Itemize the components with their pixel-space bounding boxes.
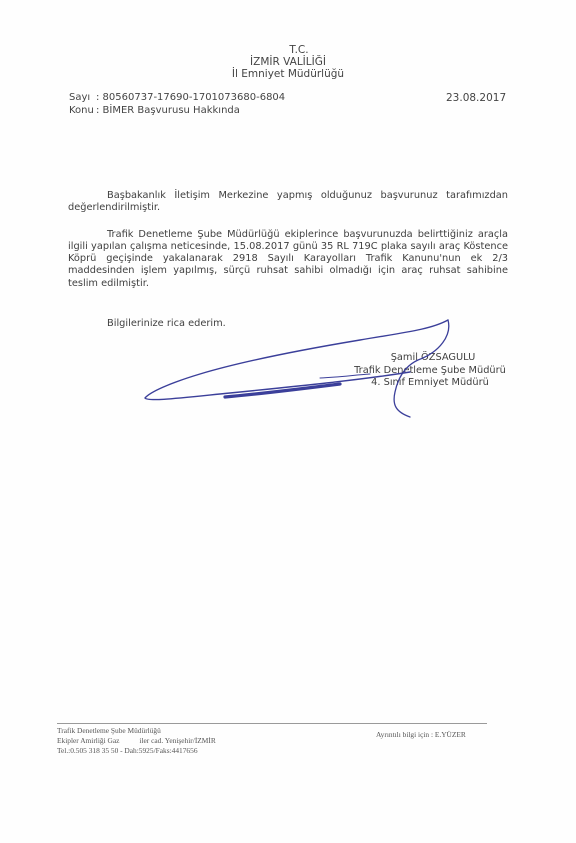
footer-divider — [57, 723, 487, 724]
letterhead-governorship: İZMİR VALİLİĞİ — [0, 56, 576, 68]
footer-unit: Trafik Denetleme Şube Müdürlüğü — [57, 726, 216, 736]
subject-label: Konu — [69, 104, 96, 117]
letterhead-country: T.C. — [0, 44, 576, 56]
subject-row: Konu: BİMER Başvurusu Hakkında — [69, 104, 285, 117]
footer-phone: Tel.:0.505 318 35 50 - Dah:5925/Faks:441… — [57, 746, 216, 756]
signatory-rank: 4. Sınıf Emniyet Müdürü — [340, 377, 520, 390]
reference-number-value: : 80560737-17690-1701073680-6804 — [96, 92, 285, 103]
footer-address-part-2: iler cad. Yenişehir/İZMİR — [139, 736, 215, 745]
letter-body: Başbakanlık İletişim Merkezine yapmış ol… — [68, 190, 508, 304]
handwritten-signature — [0, 0, 576, 843]
footer-contact: Trafik Denetleme Şube Müdürlüğü Ekipler … — [57, 726, 216, 756]
body-paragraph-1: Başbakanlık İletişim Merkezine yapmış ol… — [68, 190, 508, 215]
signature-block: Şamil ÖZSAGULU Trafik Denetleme Şube Müd… — [340, 352, 520, 390]
letterhead: T.C. İZMİR VALİLİĞİ İl Emniyet Müdürlüğü — [0, 44, 576, 80]
letterhead-directorate: İl Emniyet Müdürlüğü — [0, 68, 576, 80]
footer-contact-person: Ayrıntılı bilgi için : E.YÜZER — [376, 730, 466, 739]
reference-number-row: Sayı: 80560737-17690-1701073680-6804 — [69, 91, 285, 104]
body-paragraph-2: Trafik Denetleme Şube Müdürlüğü ekipleri… — [68, 229, 508, 290]
signatory-name: Şamil ÖZSAGULU — [340, 352, 520, 365]
letter-page: T.C. İZMİR VALİLİĞİ İl Emniyet Müdürlüğü… — [0, 0, 576, 843]
footer-address-part-1: Ekipler Amirliği Gaz — [57, 736, 119, 745]
footer-address: Ekipler Amirliği Gaziler cad. Yenişehir/… — [57, 736, 216, 746]
reference-number-label: Sayı — [69, 91, 96, 104]
signatory-title: Trafik Denetleme Şube Müdürü — [340, 365, 520, 378]
document-date: 23.08.2017 — [446, 92, 506, 104]
subject-value: : BİMER Başvurusu Hakkında — [96, 105, 240, 116]
document-meta: Sayı: 80560737-17690-1701073680-6804 Kon… — [69, 91, 285, 117]
closing-line: Bilgilerinize rica ederim. — [107, 318, 226, 329]
